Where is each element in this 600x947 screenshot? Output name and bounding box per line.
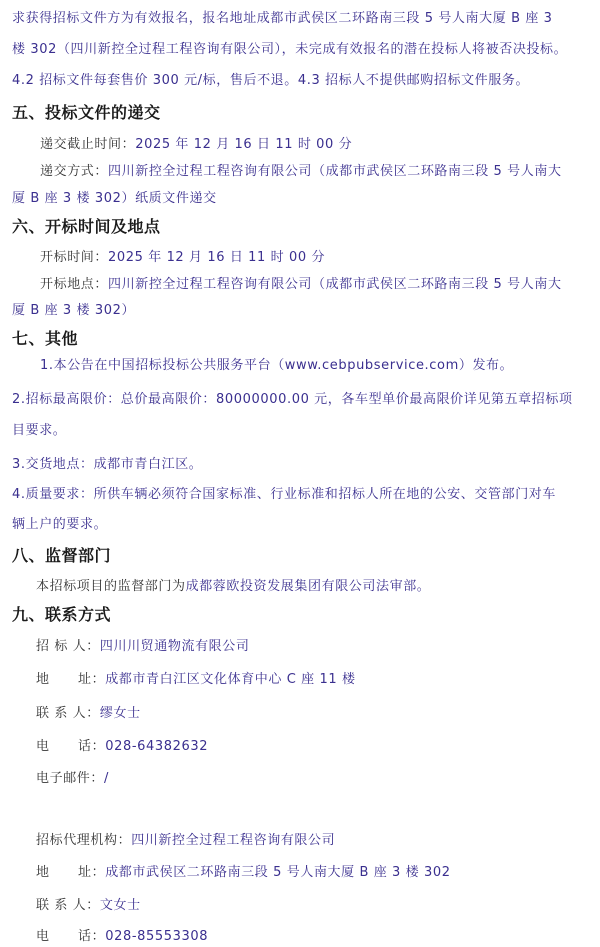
tenderer-email-label: 电子邮件： (36, 771, 104, 786)
other-item-3: 3.交货地点：成都市青白江区。 (12, 456, 592, 474)
submission-deadline: 递交截止时间：2025 年 12 月 16 日 11 时 00 分 (40, 136, 592, 154)
submission-method: 递交方式：四川新控全过程工程咨询有限公司（成都市武侯区二环路南三段 5 号人南大 (40, 163, 592, 181)
agent-address: 地 址：成都市武侯区二环路南三段 5 号人南大厦 B 座 3 楼 302 (36, 864, 592, 882)
opening-time: 开标时间：2025 年 12 月 16 日 11 时 00 分 (40, 249, 592, 267)
tenderer-contact: 联 系 人：缪女士 (36, 705, 592, 723)
submission-method-label: 递交方式： (40, 164, 108, 179)
other-item-2-cont: 目要求。 (12, 422, 592, 440)
tenderer-email-value: / (104, 771, 109, 786)
tenderer-email: 电子邮件：/ (36, 770, 592, 788)
section-6-title: 六、开标时间及地点 (12, 216, 161, 238)
opening-place-value: 四川新控全过程工程咨询有限公司（成都市武侯区二环路南三段 5 号人南大 (108, 277, 562, 292)
submission-method-value: 四川新控全过程工程咨询有限公司（成都市武侯区二环路南三段 5 号人南大 (108, 164, 562, 179)
tenderer-contact-value: 缪女士 (100, 706, 141, 721)
opening-place: 开标地点：四川新控全过程工程咨询有限公司（成都市武侯区二环路南三段 5 号人南大 (40, 276, 592, 294)
section-9-title: 九、联系方式 (12, 604, 111, 626)
supervision-department: 成都蓉欧投资发展集团有限公司法审部。 (186, 579, 431, 594)
submission-deadline-label: 递交截止时间： (40, 137, 135, 152)
tenderer-name-value: 四川川贸通物流有限公司 (100, 639, 250, 654)
other-item-4: 4.质量要求：所供车辆必须符合国家标准、行业标准和招标人所在地的公安、交管部门对… (12, 486, 592, 504)
agent-address-label: 地 址： (36, 865, 105, 880)
intro-line-3: 4.2 招标文件每套售价 300 元/标，售后不退。4.3 招标人不提供邮购招标… (12, 72, 592, 90)
submission-deadline-value: 2025 年 12 月 16 日 11 时 00 分 (135, 137, 352, 152)
supervision-text: 本招标项目的监督部门为成都蓉欧投资发展集团有限公司法审部。 (36, 578, 592, 596)
section-8-title: 八、监督部门 (12, 545, 111, 567)
agent-phone-label: 电 话： (36, 929, 105, 944)
agent-name-label: 招标代理机构： (36, 833, 131, 848)
supervision-prefix: 本招标项目的监督部门为 (36, 579, 186, 594)
section-7-title: 七、其他 (12, 328, 78, 350)
tenderer-name-label: 招 标 人： (36, 639, 100, 654)
tenderer-contact-label: 联 系 人： (36, 706, 100, 721)
tenderer-address-value: 成都市青白江区文化体育中心 C 座 11 楼 (105, 672, 355, 687)
agent-phone-value: 028-85553308 (105, 929, 208, 944)
other-item-4-cont: 辆上户的要求。 (12, 516, 592, 534)
agent-name-value: 四川新控全过程工程咨询有限公司 (131, 833, 335, 848)
tenderer-address-label: 地 址： (36, 672, 105, 687)
tenderer-phone-value: 028-64382632 (105, 739, 208, 754)
agent-phone: 电 话：028-85553308 (36, 928, 592, 946)
opening-time-label: 开标时间： (40, 250, 108, 265)
other-item-2: 2.招标最高限价：总价最高限价：80000000.00 元，各车型单价最高限价详… (12, 391, 592, 409)
tenderer-phone: 电 话：028-64382632 (36, 738, 592, 756)
agent-contact-label: 联 系 人： (36, 898, 100, 913)
tenderer-name: 招 标 人：四川川贸通物流有限公司 (36, 638, 592, 656)
agent-contact: 联 系 人：文女士 (36, 897, 592, 915)
section-5-title: 五、投标文件的递交 (12, 102, 161, 124)
opening-place-label: 开标地点： (40, 277, 108, 292)
opening-place-value-cont: 厦 B 座 3 楼 302） (12, 302, 592, 320)
other-item-1: 1.本公告在中国招标投标公共服务平台（www.cebpubservice.com… (40, 357, 592, 375)
intro-line-2: 楼 302（四川新控全过程工程咨询有限公司），未完成有效报名的潜在投标人将被否决… (12, 41, 592, 59)
opening-time-value: 2025 年 12 月 16 日 11 时 00 分 (108, 250, 325, 265)
submission-method-value-cont: 厦 B 座 3 楼 302）纸质文件递交 (12, 190, 592, 208)
agent-address-value: 成都市武侯区二环路南三段 5 号人南大厦 B 座 3 楼 302 (105, 865, 450, 880)
tenderer-phone-label: 电 话： (36, 739, 105, 754)
tenderer-address: 地 址：成都市青白江区文化体育中心 C 座 11 楼 (36, 671, 592, 689)
agent-name: 招标代理机构：四川新控全过程工程咨询有限公司 (36, 832, 592, 850)
agent-contact-value: 文女士 (100, 898, 141, 913)
intro-line-1: 求获得招标文件方为有效报名，报名地址成都市武侯区二环路南三段 5 号人南大厦 B… (12, 10, 592, 28)
